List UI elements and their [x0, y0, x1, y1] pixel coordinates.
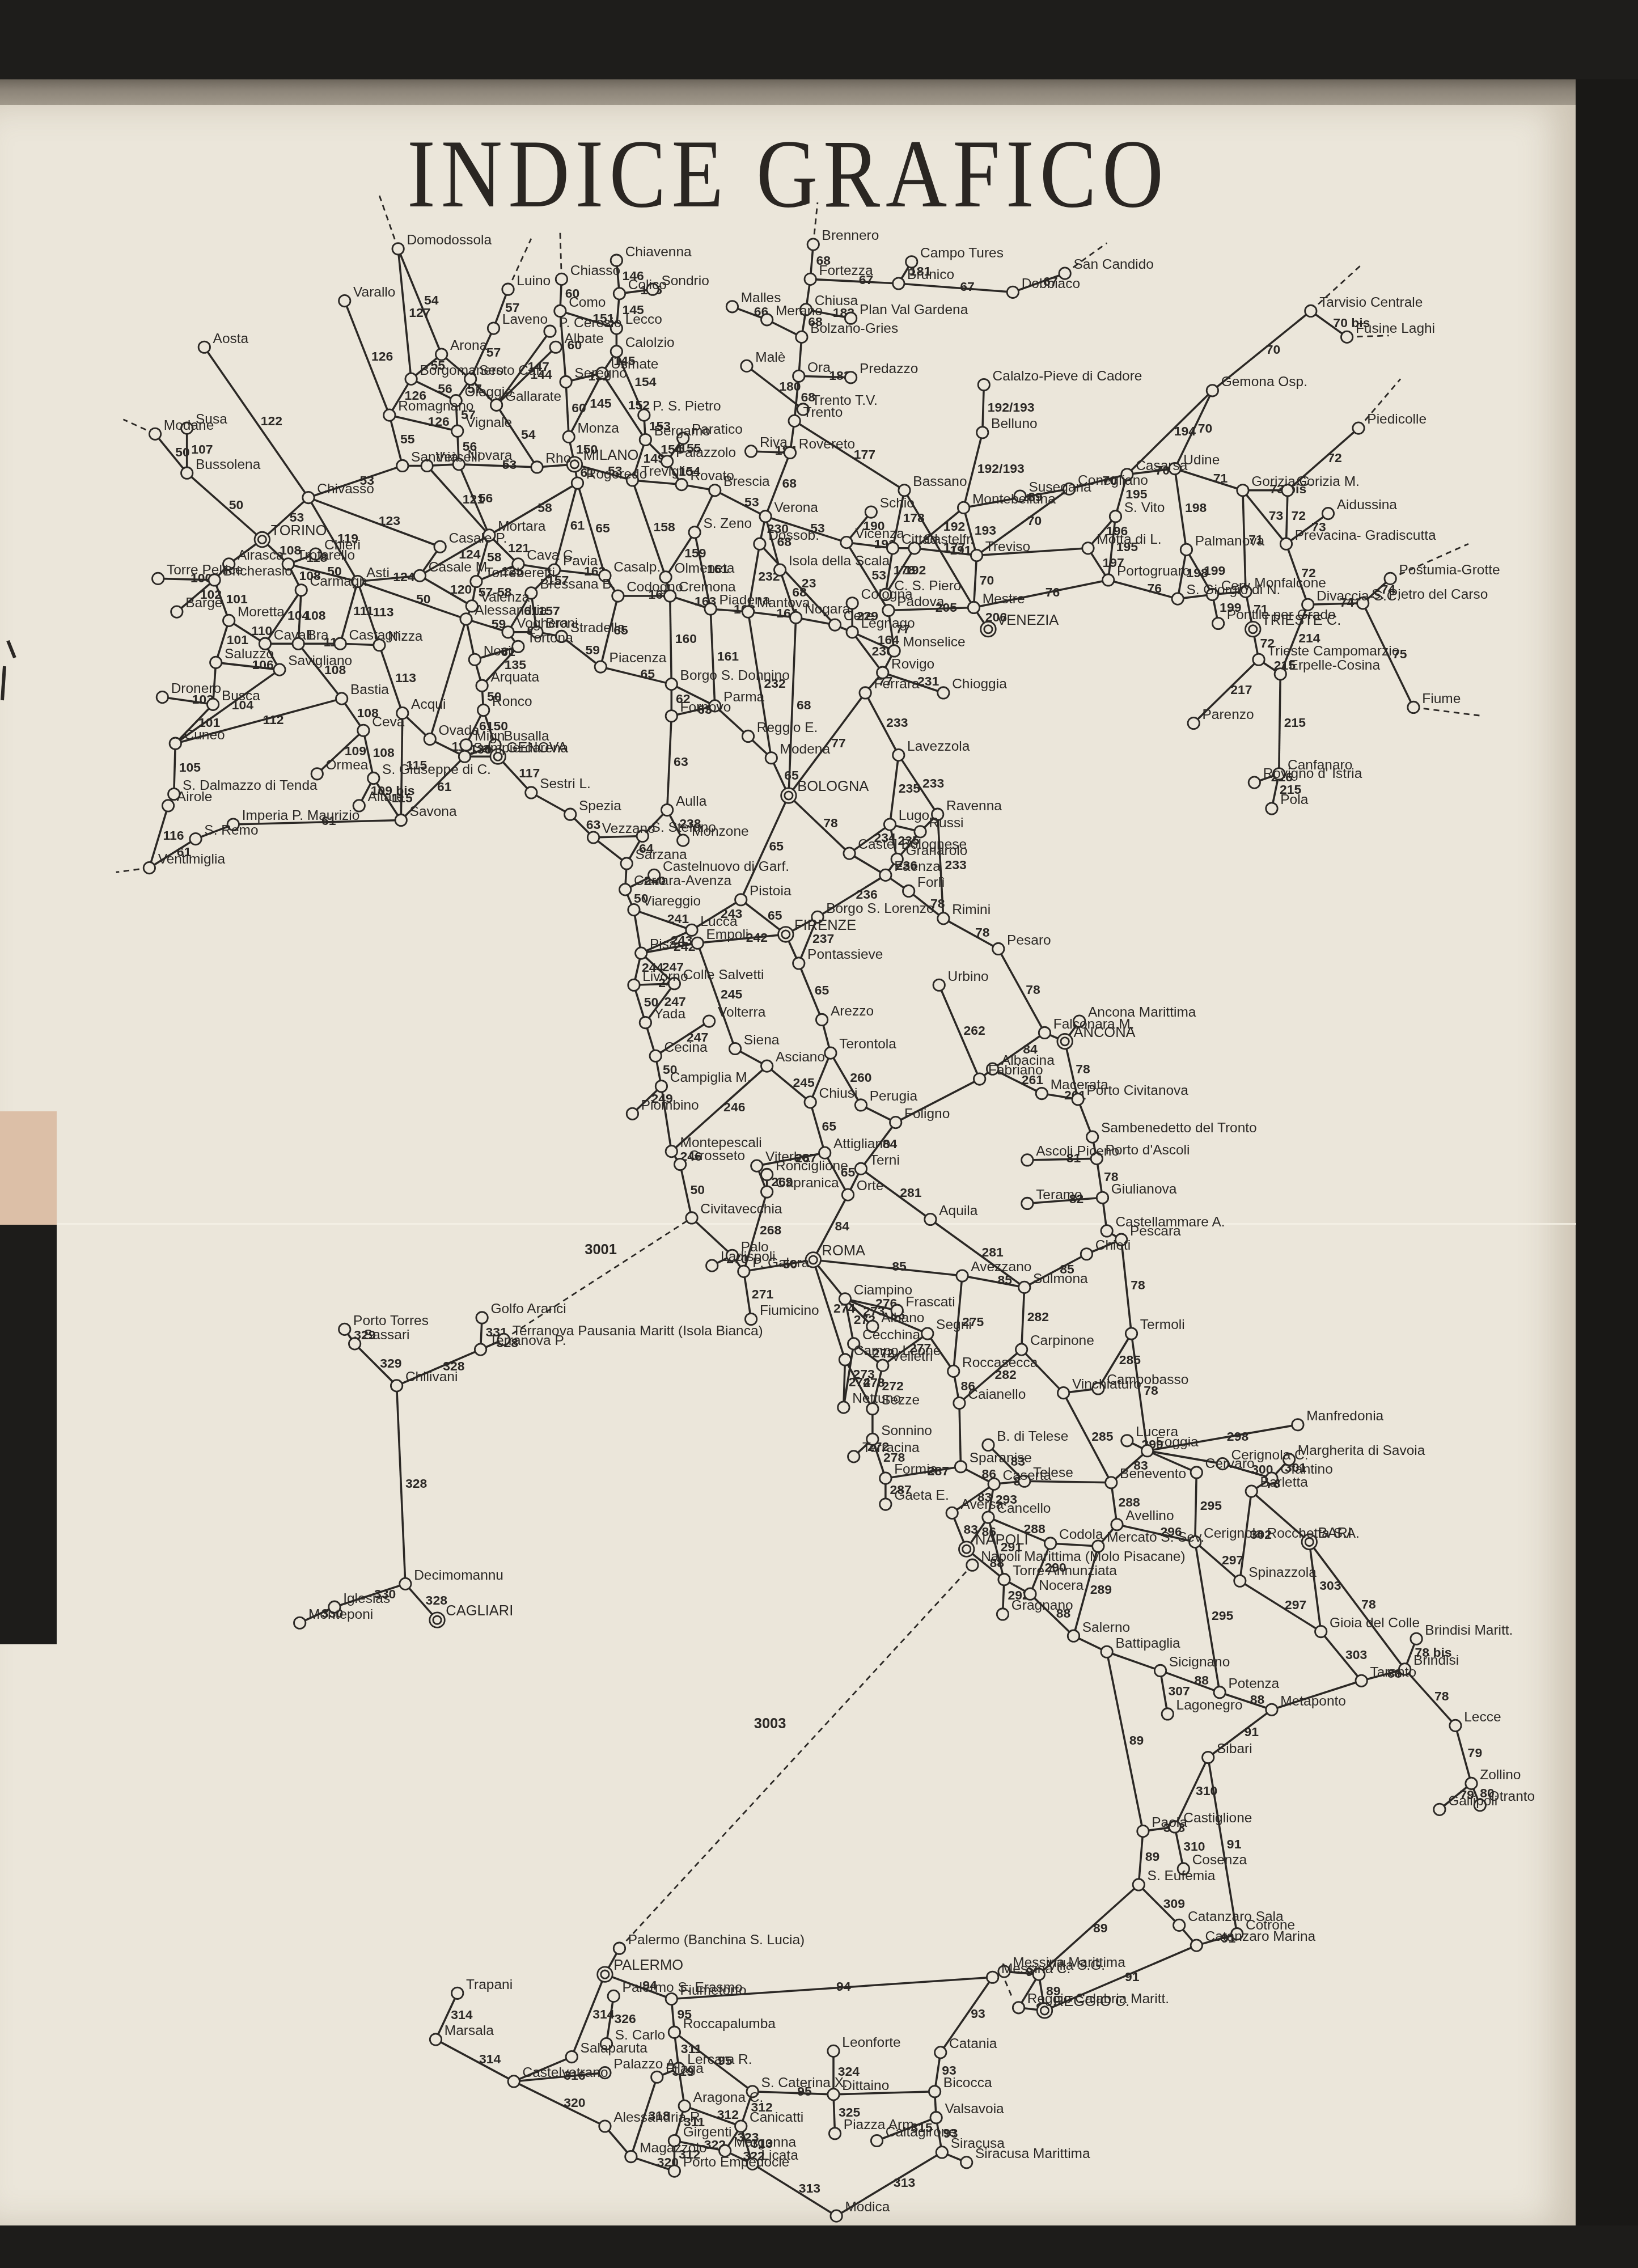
station-label: Segni: [936, 1317, 972, 1332]
station-label: Potenza: [1228, 1676, 1279, 1691]
rail-line: [752, 2092, 833, 2094]
station-marker: [1036, 1088, 1047, 1099]
station-marker: [349, 1338, 360, 1349]
station-marker: [922, 1328, 933, 1339]
station-marker: [391, 1380, 402, 1391]
station-marker: [1191, 1940, 1202, 1951]
station-label: Chivasso: [317, 481, 374, 497]
station-marker: [846, 627, 858, 638]
station-marker: [807, 239, 819, 250]
station-marker: [1353, 422, 1364, 434]
station-marker: [678, 835, 689, 846]
station-label: Bricherasio: [223, 564, 292, 579]
station-label: Savona: [410, 804, 457, 819]
station-marker: [955, 1461, 966, 1472]
station-marker: [987, 1971, 998, 1983]
station-marker: [793, 370, 805, 382]
station-label: Porto Civitanova: [1086, 1083, 1188, 1098]
station-label: Fabriano: [988, 1063, 1043, 1078]
station-label: Avezzano: [971, 1259, 1031, 1275]
station-marker: [435, 349, 447, 360]
station-label: Aosta: [213, 331, 249, 346]
station-marker: [335, 638, 346, 649]
table-number: 297: [1285, 1597, 1306, 1612]
table-number: 192/193: [977, 461, 1025, 476]
station-marker: [640, 1017, 651, 1028]
station-label: Nizza: [388, 629, 423, 644]
station-label: Velletri: [891, 1349, 933, 1365]
station-marker: [627, 1108, 638, 1119]
station-label: Yada: [654, 1006, 686, 1022]
station-marker: [1174, 1919, 1185, 1931]
table-number: 91: [1125, 1969, 1140, 1984]
station-label: Cologna: [861, 587, 913, 602]
station-marker: [625, 2151, 637, 2162]
table-number: 199: [1204, 563, 1225, 578]
station-marker: [745, 446, 756, 457]
station-label: Laveno: [502, 312, 548, 327]
station-label: Bastia: [350, 682, 389, 697]
station-label: Rovereto: [799, 437, 855, 452]
station-marker: [560, 376, 572, 387]
station-label: S. Pietro del Carso: [1372, 587, 1488, 602]
station-label: Piacenza: [610, 650, 667, 666]
table-number: 70: [1027, 513, 1042, 528]
table-number: 314: [479, 2051, 501, 2066]
station-label: Ronco: [492, 694, 532, 709]
station-marker: [628, 904, 640, 915]
station-marker: [1086, 1131, 1098, 1143]
table-number: 285: [1091, 1429, 1114, 1444]
station-marker: [566, 2051, 577, 2062]
station-label: Schio: [880, 496, 915, 511]
station-label: Gemona Osp.: [1221, 374, 1307, 390]
station-marker: [829, 619, 840, 631]
station-marker: [988, 1478, 1000, 1490]
station-marker: [938, 687, 949, 699]
table-number: 195: [1125, 486, 1148, 501]
rail-line: [1279, 674, 1281, 774]
sea-route-3003: 3003: [754, 1716, 786, 1732]
station-label: Iglesias: [343, 1591, 390, 1606]
station-marker: [613, 1943, 625, 1954]
station-marker: [877, 1360, 888, 1371]
rail-line: [1240, 1581, 1321, 1631]
station-marker: [906, 256, 917, 268]
station-marker: [223, 615, 234, 626]
station-marker: [1203, 1751, 1214, 1763]
station-marker: [640, 434, 651, 445]
station-label: Airole: [177, 789, 213, 805]
station-marker: [207, 699, 218, 710]
table-number: 116: [163, 828, 184, 843]
rail-line: [744, 1271, 751, 1319]
station-label: Asciano: [776, 1050, 825, 1065]
rail-line: [810, 279, 899, 283]
station-marker: [392, 243, 404, 255]
table-number: 70: [1266, 342, 1281, 357]
station-marker: [845, 372, 856, 383]
station-label: Dobbiaco: [1022, 276, 1080, 291]
major-city-inner-ring: [1061, 1038, 1069, 1046]
station-marker: [978, 379, 989, 390]
station-label: Lavezzola: [907, 739, 970, 754]
station-marker: [1019, 1281, 1030, 1293]
table-number: 94: [836, 1979, 851, 1994]
station-marker: [405, 373, 417, 384]
station-marker: [414, 570, 425, 581]
table-number: 50: [175, 445, 190, 459]
table-number: 53: [290, 510, 304, 524]
station-marker: [1253, 654, 1264, 665]
station-label: Castelfr.: [923, 532, 974, 547]
station-marker: [997, 1609, 1008, 1620]
station-label: MILANO: [583, 447, 639, 463]
table-number: 215: [1284, 715, 1306, 730]
station-marker: [1266, 1704, 1277, 1715]
station-marker: [726, 301, 738, 312]
station-label: Catania: [949, 2036, 997, 2051]
station-label: Tarvisio Centrale: [1319, 295, 1423, 310]
station-label: Rho: [545, 451, 571, 466]
dashed-route: [1413, 707, 1483, 716]
station-marker: [968, 602, 979, 613]
station-label: Verona: [774, 500, 818, 515]
table-number: 329: [380, 1356, 401, 1370]
station-label: Giulianova: [1111, 1182, 1177, 1197]
station-label: Busca: [222, 688, 260, 704]
station-label: Susa: [196, 412, 227, 427]
station-label: Carrara-Avenza: [634, 873, 732, 888]
station-marker: [709, 485, 721, 496]
station-marker: [971, 549, 982, 561]
dashed-route: [560, 231, 562, 279]
station-marker: [661, 804, 672, 815]
station-marker: [1188, 717, 1199, 729]
station-label: Cosenza: [1192, 1852, 1247, 1868]
major-city-inner-ring: [963, 1545, 971, 1553]
station-label: Paola: [1152, 1815, 1187, 1830]
station-marker: [587, 832, 599, 843]
rail-line: [983, 385, 984, 433]
station-marker: [936, 2147, 947, 2158]
station-label: Rimini: [952, 902, 991, 917]
station-marker: [190, 833, 201, 844]
table-number: 158: [653, 520, 675, 535]
station-marker: [1133, 1879, 1144, 1890]
table-number: 55: [400, 431, 415, 446]
station-label: Sparanise: [970, 1450, 1032, 1466]
table-number: 93: [971, 2006, 985, 2021]
station-marker: [636, 947, 647, 959]
table-number: 60: [572, 400, 586, 415]
station-label: Telese: [1033, 1465, 1073, 1480]
station-marker: [1101, 1646, 1112, 1657]
station-label: Casarsa: [1136, 458, 1188, 473]
station-marker: [774, 564, 785, 576]
station-label: Imperia P. Maurizio: [242, 808, 360, 823]
station-marker: [668, 2165, 680, 2177]
station-marker: [531, 462, 543, 473]
station-label: Mestre: [983, 591, 1025, 607]
station-label: Motta di L.: [1097, 532, 1161, 547]
station-label: BOLOGNA: [797, 778, 869, 794]
station-marker: [638, 409, 650, 421]
station-marker: [1057, 1387, 1069, 1398]
rail-line: [789, 796, 849, 853]
station-label: San Candido: [1073, 257, 1153, 272]
rail-line: [667, 716, 672, 810]
railway-network-map: 5412755126561265557575757566060144147546…: [0, 0, 1638, 2268]
station-label: Altare: [368, 789, 404, 805]
station-label: Belluno: [991, 416, 1038, 431]
table-number: 61: [570, 518, 585, 532]
station-label: Pisa: [650, 937, 677, 952]
station-marker: [933, 979, 945, 991]
table-number: 320: [564, 2095, 585, 2110]
table-number: 78: [1076, 1061, 1090, 1076]
station-label: Pesaro: [1007, 933, 1051, 948]
station-label: Dronero: [171, 681, 221, 696]
station-label: Gorizia M.: [1296, 474, 1359, 489]
station-label: Postumia-Grotte: [1399, 562, 1500, 578]
table-number: 154: [634, 374, 657, 389]
station-marker: [998, 1574, 1010, 1585]
station-marker: [1137, 1825, 1149, 1837]
table-number: 313: [799, 2181, 820, 2195]
station-marker: [703, 1015, 714, 1027]
station-label: Chiusi: [819, 1086, 858, 1101]
table-number: 79: [1468, 1745, 1483, 1760]
station-label: Parenzo: [1203, 707, 1254, 722]
station-marker: [1315, 1626, 1327, 1637]
station-label: Viareggio: [642, 894, 701, 909]
station-marker: [295, 585, 307, 596]
station-label: Susegana: [1028, 480, 1091, 495]
station-label: Modica: [845, 2200, 890, 2215]
station-label: Chioggia: [952, 676, 1007, 692]
major-city-inner-ring: [601, 1970, 609, 1978]
station-marker: [751, 1160, 763, 1171]
station-label: S. Giuseppe di C.: [382, 762, 491, 777]
station-label: Cervaro: [1205, 1456, 1255, 1471]
station-marker: [294, 1617, 305, 1628]
station-label: S. Remo: [204, 823, 258, 838]
station-label: Usmate: [611, 357, 658, 373]
station-label: Barge: [185, 595, 222, 611]
station-marker: [761, 1186, 772, 1198]
rail-line: [514, 2081, 605, 2126]
station-marker: [761, 1169, 772, 1180]
station-marker: [358, 725, 369, 736]
station-label: S. Giorgio di N.: [1186, 582, 1280, 598]
station-label: Napoli Marittima (Molo Pisacane): [981, 1549, 1185, 1564]
station-label: Manfredonia: [1306, 1408, 1383, 1424]
station-label: Palazzolo: [676, 445, 736, 460]
table-number: 110: [251, 623, 272, 638]
station-label: Marsala: [445, 2023, 494, 2038]
station-label: Foggia: [1156, 1435, 1199, 1450]
station-label: Mortara: [498, 519, 546, 534]
station-label: Cecina: [664, 1040, 708, 1055]
table-numbers: 5412755126561265557575757566060144147546…: [163, 253, 1495, 2196]
station-label: Domodossola: [407, 232, 492, 248]
station-label: Fiumicino: [760, 1303, 819, 1318]
station-label: Gragnano: [1011, 1598, 1073, 1613]
station-label: Fiume: [1422, 691, 1461, 706]
border-and-sea-routes: [116, 195, 1483, 1999]
station-label: Brindisi Maritt.: [1425, 1623, 1513, 1638]
table-number: 303: [1319, 1578, 1341, 1593]
station-label: Civitavecchia: [700, 1201, 782, 1217]
station-marker: [844, 848, 855, 859]
station-marker: [686, 924, 697, 936]
station-marker: [397, 460, 408, 471]
station-label: Caltagirone: [886, 2125, 956, 2140]
station-marker: [983, 1512, 994, 1523]
station-label: Spinazzola: [1248, 1565, 1317, 1580]
station-label: FIRENZE: [794, 917, 856, 933]
table-number: 161: [717, 649, 739, 663]
station-marker: [1292, 1419, 1303, 1431]
station-label: Girgenti: [683, 2125, 732, 2140]
rail-line: [794, 421, 904, 490]
station-marker: [676, 479, 687, 490]
station-label: Novara: [468, 448, 513, 463]
table-number: 54: [521, 427, 536, 442]
station-marker: [599, 2121, 611, 2132]
station-marker: [550, 341, 561, 353]
table-number: 217: [1230, 682, 1252, 697]
table-number: 57: [486, 345, 501, 359]
station-label: Modena: [780, 742, 831, 757]
station-label: Calolzio: [625, 335, 675, 350]
rail-line: [899, 283, 1013, 292]
station-label: Arona: [450, 338, 488, 353]
table-number: 159: [684, 545, 706, 560]
table-number: 109: [345, 743, 366, 758]
major-city-inner-ring: [782, 930, 790, 938]
station-marker: [884, 819, 895, 830]
station-marker: [152, 573, 163, 584]
station-label: Carmagn.: [310, 574, 371, 589]
station-label: Decimomannu: [414, 1568, 503, 1583]
station-label: Casale M.: [429, 560, 491, 575]
station-marker: [929, 2086, 940, 2097]
station-marker: [655, 1081, 667, 1092]
station-label: Savigliano: [288, 653, 352, 668]
table-number: 245: [793, 1075, 815, 1090]
station-label: S. Zeno: [703, 516, 752, 531]
station-label: Bolzano-Gries: [810, 321, 898, 336]
station-marker: [705, 603, 716, 615]
station-label: Castelvetrano: [523, 2065, 608, 2080]
rail-line: [600, 667, 671, 684]
rail-line: [634, 910, 641, 954]
station-label: Ora: [807, 360, 831, 375]
station-label: Campiglia M.: [670, 1070, 751, 1085]
station-label: Treviso: [985, 539, 1030, 555]
station-label: Sassari: [363, 1327, 410, 1343]
station-marker: [1022, 1198, 1033, 1209]
station-label: Codola: [1059, 1527, 1103, 1542]
station-label: Lecce: [1464, 1710, 1501, 1725]
station-marker: [1266, 803, 1277, 814]
station-marker: [210, 657, 222, 668]
station-marker: [855, 1163, 866, 1174]
station-label: Mercato S. Sev.: [1107, 1530, 1204, 1545]
station-label: Bressana B.: [540, 577, 615, 592]
table-number: 233: [945, 857, 966, 872]
station-label: Carpinone: [1030, 1333, 1094, 1348]
station-marker: [871, 2135, 882, 2146]
dashed-route: [379, 195, 398, 248]
station-label: Rovigno d' Istria: [1263, 766, 1362, 781]
table-number: 85: [892, 1259, 907, 1273]
station-marker: [831, 2210, 842, 2222]
station-label: Borgomanero: [420, 363, 503, 378]
table-number: 126: [371, 349, 393, 363]
station-marker: [974, 1073, 985, 1085]
station-label: Bassano: [913, 474, 967, 489]
station-marker: [628, 979, 640, 991]
station-marker: [156, 691, 168, 703]
table-number: 310: [1196, 1783, 1217, 1798]
station-label: Varallo: [353, 285, 395, 300]
station-marker: [650, 1050, 661, 1061]
station-marker: [839, 1354, 850, 1365]
station-label: Bussolena: [196, 457, 261, 472]
rail-line: [1286, 490, 1288, 544]
station-marker: [915, 826, 926, 837]
station-marker: [1408, 701, 1419, 713]
table-number: 303: [1345, 1647, 1367, 1662]
station-label: Termoli: [1140, 1317, 1185, 1332]
station-label: S. Eufemia: [1148, 1868, 1216, 1884]
table-number: 193: [975, 523, 996, 538]
station-label: Tortona: [527, 631, 573, 646]
table-number: 241: [667, 911, 689, 926]
table-number: 72: [1327, 450, 1342, 465]
station-label: Romagnano: [398, 399, 473, 414]
station-marker: [967, 1559, 978, 1571]
station-marker: [430, 2034, 441, 2045]
rail-line: [397, 1386, 405, 1584]
station-label: Lagonegro: [1176, 1698, 1243, 1713]
table-number: 53: [744, 494, 759, 509]
table-number: 101: [227, 632, 249, 647]
station-label: Prevacina- Gradiscutta: [1295, 528, 1436, 543]
station-label: Acqui: [411, 697, 446, 712]
major-city-inner-ring: [984, 625, 992, 633]
station-marker: [471, 576, 482, 587]
station-marker: [572, 477, 583, 489]
table-number: 313: [894, 2175, 915, 2190]
major-city-inner-ring: [433, 1616, 441, 1624]
station-label: Albano: [881, 1310, 924, 1326]
table-number: 289: [1090, 1582, 1112, 1597]
table-number: 126: [428, 414, 449, 429]
station-marker: [1246, 1486, 1257, 1497]
table-number: 71: [1213, 471, 1228, 485]
rail-line: [943, 919, 998, 949]
station-marker: [738, 1266, 750, 1277]
station-label: Albate: [565, 331, 604, 346]
station-label: Fortezza: [819, 263, 874, 278]
station-label: Sondrio: [661, 273, 709, 289]
station-marker: [946, 1507, 958, 1518]
station-marker: [1214, 1686, 1225, 1698]
